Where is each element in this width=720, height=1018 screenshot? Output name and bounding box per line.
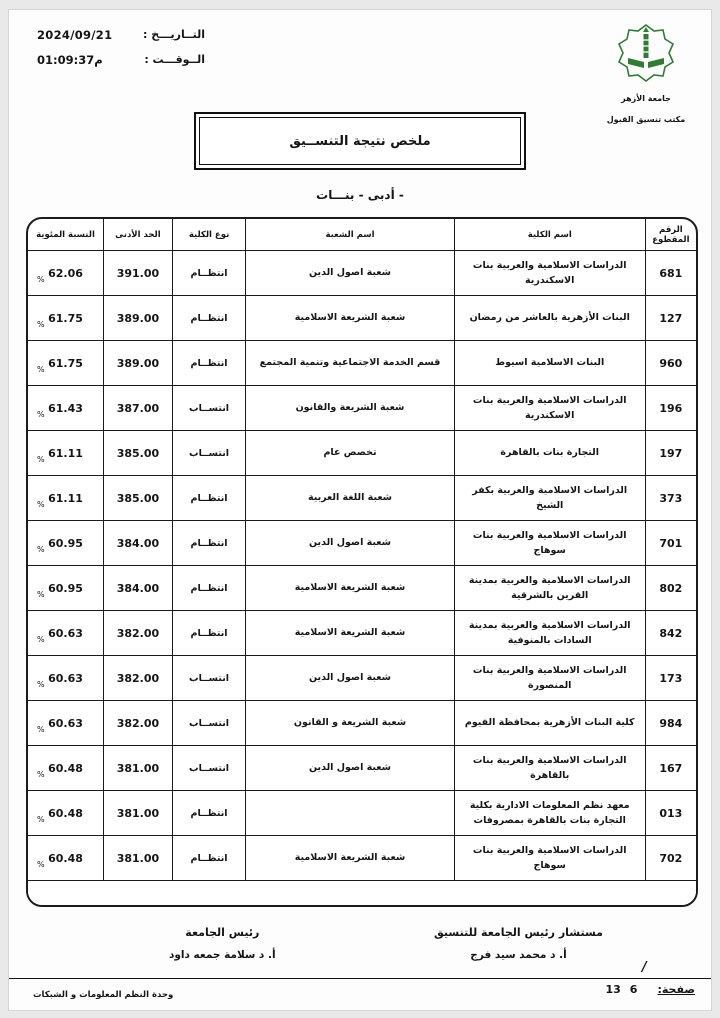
date-value: 2024/09/21 <box>37 28 112 42</box>
row-minimum-score: 382.00 <box>104 656 173 701</box>
row-percentage: %62.06 <box>28 251 104 296</box>
percent-sign: % <box>37 455 45 464</box>
table-row: 167الدراسات الاسلامية والعربية بنات بالق… <box>28 746 696 791</box>
row-branch-name: شعبة اصول الدين <box>246 656 454 701</box>
row-enrollment-type: انتظــام <box>172 251 245 296</box>
table-row: 984كلية البنات الأزهرية بمحافظة الفيومشع… <box>28 701 696 746</box>
row-college-name: البنات الأزهرية بالعاشر من رمضان <box>454 296 645 341</box>
table-row: 197التجارة بنات بالقاهرةتخصص عامانتســاب… <box>28 431 696 476</box>
table-row: 681الدراسات الاسلامية والعربية بنات الاس… <box>28 251 696 296</box>
row-branch-name: شعبة اللغة العربية <box>246 476 454 521</box>
row-code: 173 <box>645 656 696 701</box>
row-percentage: %61.75 <box>28 341 104 386</box>
percent-value: 61.11 <box>48 447 83 460</box>
row-enrollment-type: انتســاب <box>172 746 245 791</box>
advisor-title: مستشار رئيس الجامعة للتنسيق <box>434 926 603 939</box>
percent-sign: % <box>37 860 45 869</box>
table-row: 802الدراسات الاسلامية والعربية بمدينة ال… <box>28 566 696 611</box>
footer-divider <box>9 978 711 979</box>
row-percentage: %60.48 <box>28 836 104 881</box>
percent-value: 61.75 <box>48 312 83 325</box>
percent-value: 62.06 <box>48 267 83 280</box>
page-total: 13 <box>605 983 620 996</box>
header-college: اسم الكلية <box>454 219 645 251</box>
table-row: 173الدراسات الاسلامية والعربية بنات المن… <box>28 656 696 701</box>
president-name: أ. د سلامة جمعه داود <box>169 949 276 961</box>
row-percentage: %60.48 <box>28 746 104 791</box>
table-row: 842الدراسات الاسلامية والعربية بمدينة ال… <box>28 611 696 656</box>
row-college-name: الدراسات الاسلامية والعربية بمدينة القري… <box>454 566 645 611</box>
title-box: ملخص نتيجة التنســيق <box>194 112 526 170</box>
percent-value: 60.63 <box>48 672 83 685</box>
row-code: 802 <box>645 566 696 611</box>
row-percentage: %61.75 <box>28 296 104 341</box>
page-separator: / <box>642 960 647 975</box>
row-enrollment-type: انتظــام <box>172 296 245 341</box>
percent-sign: % <box>37 590 45 599</box>
row-percentage: %60.95 <box>28 566 104 611</box>
header-code: الرقم المقطوع <box>645 219 696 251</box>
percent-sign: % <box>37 410 45 419</box>
report-title: ملخص نتيجة التنســيق <box>199 117 521 165</box>
percent-sign: % <box>37 500 45 509</box>
row-minimum-score: 385.00 <box>104 476 173 521</box>
table-row: 702الدراسات الاسلامية والعربية بنات سوها… <box>28 836 696 881</box>
percent-value: 60.63 <box>48 627 83 640</box>
row-code: 127 <box>645 296 696 341</box>
page-number: صفحة: 6 13 <box>605 983 695 996</box>
percent-value: 60.95 <box>48 582 83 595</box>
row-branch-name: شعبة الشريعة والقانون <box>246 386 454 431</box>
table-row: 013معهد نظم المعلومات الادارية بكلية الت… <box>28 791 696 836</box>
row-minimum-score: 391.00 <box>104 251 173 296</box>
row-code: 701 <box>645 521 696 566</box>
percent-value: 61.75 <box>48 357 83 370</box>
percent-value: 61.11 <box>48 492 83 505</box>
row-percentage: %60.95 <box>28 521 104 566</box>
header-type: نوع الكلية <box>172 219 245 251</box>
row-college-name: الدراسات الاسلامية والعربية بنات سوهاج <box>454 521 645 566</box>
row-code: 373 <box>645 476 696 521</box>
row-branch-name: تخصص عام <box>246 431 454 476</box>
row-branch-name: شعبة الشريعة الاسلامية <box>246 296 454 341</box>
percent-value: 60.63 <box>48 717 83 730</box>
table-row: 196الدراسات الاسلامية والعربية بنات الاس… <box>28 386 696 431</box>
percent-value: 61.43 <box>48 402 83 415</box>
row-code: 013 <box>645 791 696 836</box>
row-enrollment-type: انتظــام <box>172 791 245 836</box>
signature-university-president: رئيس الجامعة أ. د سلامة جمعه داود <box>169 926 276 961</box>
row-college-name: الدراسات الاسلامية والعربية بنات الاسكند… <box>454 251 645 296</box>
row-minimum-score: 381.00 <box>104 791 173 836</box>
row-enrollment-type: انتســاب <box>172 701 245 746</box>
row-percentage: %60.48 <box>28 791 104 836</box>
header-min: الحد الأدنى <box>104 219 173 251</box>
signature-coordination-advisor: مستشار رئيس الجامعة للتنسيق أ. د محمد سي… <box>434 926 603 961</box>
results-table-container: الرقم المقطوع اسم الكلية اسم الشعبة نوع … <box>26 217 698 907</box>
row-code: 984 <box>645 701 696 746</box>
president-title: رئيس الجامعة <box>169 926 276 939</box>
row-minimum-score: 387.00 <box>104 386 173 431</box>
percent-sign: % <box>37 680 45 689</box>
row-branch-name: شعبة الشريعة الاسلامية <box>246 611 454 656</box>
row-enrollment-type: انتظــام <box>172 836 245 881</box>
row-code: 842 <box>645 611 696 656</box>
row-minimum-score: 385.00 <box>104 431 173 476</box>
percent-sign: % <box>37 725 45 734</box>
time-row: الــوقـــت : م01:09:37 <box>37 53 205 67</box>
row-minimum-score: 384.00 <box>104 521 173 566</box>
percent-sign: % <box>37 770 45 779</box>
row-code: 960 <box>645 341 696 386</box>
row-enrollment-type: انتظــام <box>172 476 245 521</box>
row-college-name: كلية البنات الأزهرية بمحافظة الفيوم <box>454 701 645 746</box>
header-branch: اسم الشعبة <box>246 219 454 251</box>
report-page: التــاريـــخ : 2024/09/21 الــوقـــت : م… <box>8 9 712 1011</box>
row-branch-name: شعبة الشريعة الاسلامية <box>246 566 454 611</box>
percent-sign: % <box>37 275 45 284</box>
report-subtitle: - أدبى - بنـــات <box>9 188 711 202</box>
al-azhar-logo-icon <box>616 22 676 88</box>
row-college-name: التجارة بنات بالقاهرة <box>454 431 645 476</box>
percent-sign: % <box>37 545 45 554</box>
university-header: جامعة الأزهر مكتب تنسيق القبول <box>603 22 689 124</box>
office-name: مكتب تنسيق القبول <box>603 115 689 124</box>
percent-value: 60.48 <box>48 807 83 820</box>
row-college-name: معهد نظم المعلومات الادارية بكلية التجار… <box>454 791 645 836</box>
row-enrollment-type: انتســاب <box>172 431 245 476</box>
row-enrollment-type: انتســاب <box>172 656 245 701</box>
row-college-name: الدراسات الاسلامية والعربية بنات الاسكند… <box>454 386 645 431</box>
row-enrollment-type: انتظــام <box>172 566 245 611</box>
table-row: 960البنات الاسلامية اسيوطقسم الخدمة الاج… <box>28 341 696 386</box>
percent-sign: % <box>37 320 45 329</box>
row-percentage: %61.43 <box>28 386 104 431</box>
table-header-row: الرقم المقطوع اسم الكلية اسم الشعبة نوع … <box>28 219 696 251</box>
row-minimum-score: 384.00 <box>104 566 173 611</box>
row-minimum-score: 382.00 <box>104 701 173 746</box>
row-branch-name: قسم الخدمة الاجتماعية وتنمية المجتمع <box>246 341 454 386</box>
row-branch-name <box>246 791 454 836</box>
row-percentage: %60.63 <box>28 656 104 701</box>
row-enrollment-type: انتظــام <box>172 341 245 386</box>
page-current: 6 <box>630 983 638 996</box>
row-minimum-score: 389.00 <box>104 296 173 341</box>
row-branch-name: شعبة اصول الدين <box>246 251 454 296</box>
table-bottom-spacer <box>28 881 696 905</box>
row-college-name: الدراسات الاسلامية والعربية بكفر الشيخ <box>454 476 645 521</box>
row-percentage: %61.11 <box>28 431 104 476</box>
row-branch-name: شعبة الشريعة الاسلامية <box>246 836 454 881</box>
systems-unit-label: وحدة النظم المعلومات و الشبكات <box>33 990 173 1000</box>
header-percent: النسبة المئوية <box>28 219 104 251</box>
percent-value: 60.95 <box>48 537 83 550</box>
time-label: الــوقـــت : <box>144 53 205 67</box>
row-code: 196 <box>645 386 696 431</box>
table-row: 701الدراسات الاسلامية والعربية بنات سوها… <box>28 521 696 566</box>
row-minimum-score: 381.00 <box>104 746 173 791</box>
percent-value: 60.48 <box>48 852 83 865</box>
results-table: الرقم المقطوع اسم الكلية اسم الشعبة نوع … <box>28 219 696 881</box>
row-branch-name: شعبة اصول الدين <box>246 746 454 791</box>
table-row: 373الدراسات الاسلامية والعربية بكفر الشي… <box>28 476 696 521</box>
row-minimum-score: 381.00 <box>104 836 173 881</box>
row-enrollment-type: انتظــام <box>172 521 245 566</box>
row-college-name: الدراسات الاسلامية والعربية بنات سوهاج <box>454 836 645 881</box>
row-college-name: البنات الاسلامية اسيوط <box>454 341 645 386</box>
row-code: 167 <box>645 746 696 791</box>
advisor-name: أ. د محمد سيد فرج <box>434 949 603 961</box>
row-college-name: الدراسات الاسلامية والعربية بنات بالقاهر… <box>454 746 645 791</box>
percent-value: 60.48 <box>48 762 83 775</box>
table-row: 127البنات الأزهرية بالعاشر من رمضانشعبة … <box>28 296 696 341</box>
row-branch-name: شعبة الشريعة و القانون <box>246 701 454 746</box>
percent-sign: % <box>37 365 45 374</box>
row-college-name: الدراسات الاسلامية والعربية بنات المنصور… <box>454 656 645 701</box>
percent-sign: % <box>37 815 45 824</box>
date-time-block: التــاريـــخ : 2024/09/21 الــوقـــت : م… <box>37 28 205 78</box>
row-code: 197 <box>645 431 696 476</box>
row-enrollment-type: انتظــام <box>172 611 245 656</box>
row-code: 681 <box>645 251 696 296</box>
page-label: صفحة: <box>657 983 695 996</box>
row-branch-name: شعبة اصول الدين <box>246 521 454 566</box>
row-minimum-score: 382.00 <box>104 611 173 656</box>
percent-sign: % <box>37 635 45 644</box>
time-value: م01:09:37 <box>37 53 103 67</box>
row-college-name: الدراسات الاسلامية والعربية بمدينة الساد… <box>454 611 645 656</box>
row-percentage: %60.63 <box>28 701 104 746</box>
row-percentage: %60.63 <box>28 611 104 656</box>
date-label: التــاريـــخ : <box>143 28 205 42</box>
date-row: التــاريـــخ : 2024/09/21 <box>37 28 205 42</box>
row-code: 702 <box>645 836 696 881</box>
row-percentage: %61.11 <box>28 476 104 521</box>
university-name: جامعة الأزهر <box>603 94 689 103</box>
row-minimum-score: 389.00 <box>104 341 173 386</box>
row-enrollment-type: انتســاب <box>172 386 245 431</box>
